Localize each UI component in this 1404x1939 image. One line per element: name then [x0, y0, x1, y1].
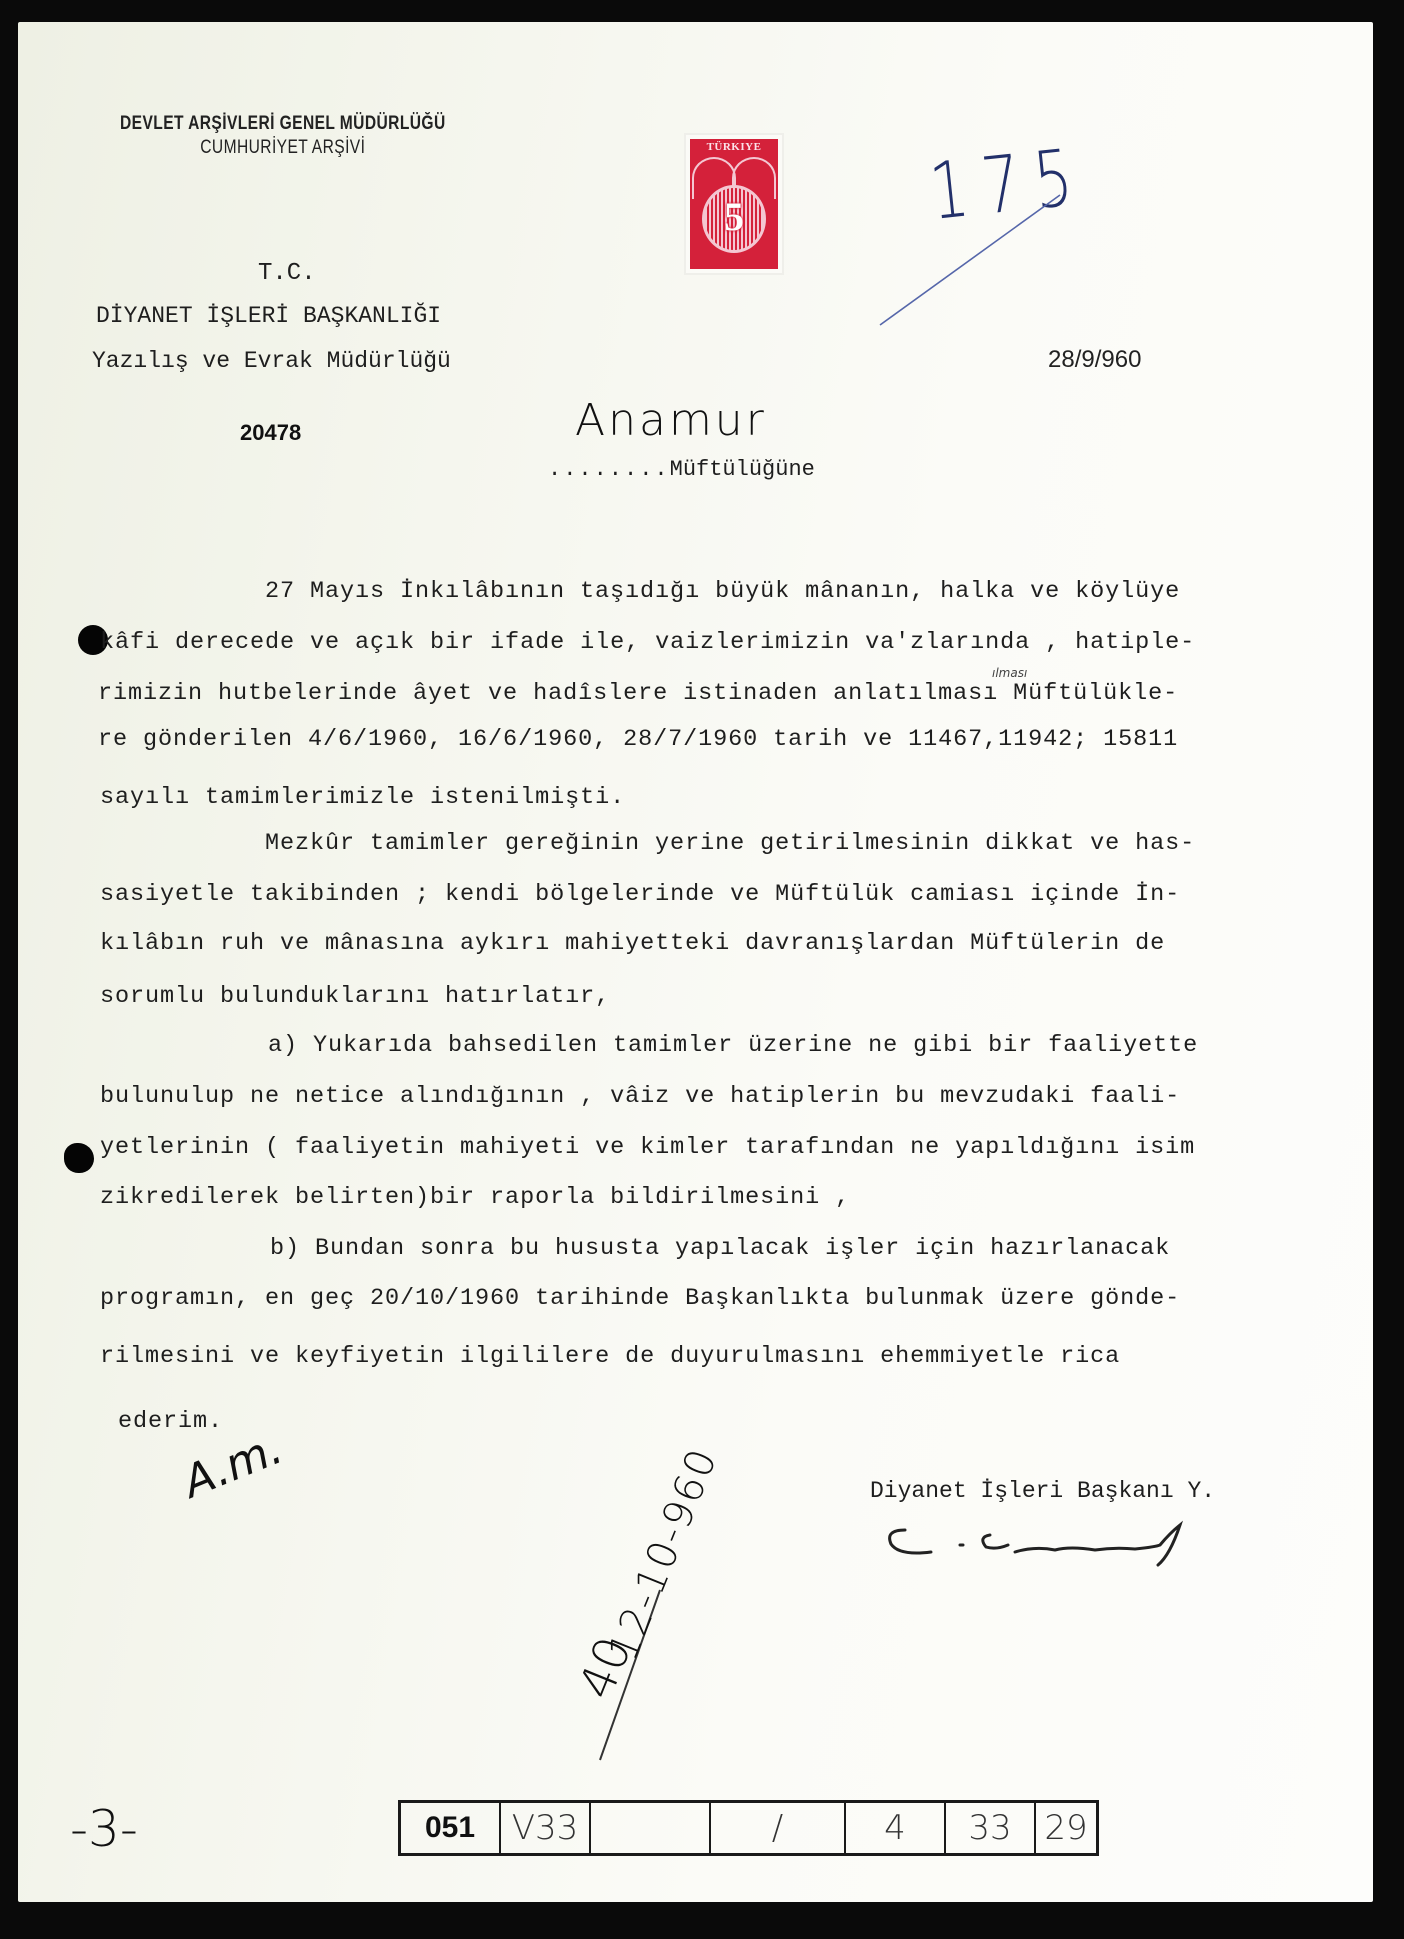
revenue-stamp: TÜRKIYE 5: [686, 135, 782, 273]
archive-header: DEVLET ARŞİVLERİ GENEL MÜDÜRLÜĞÜ CUMHURİ…: [120, 112, 446, 160]
stamp-value: 5: [690, 193, 778, 240]
ref-cell: 33: [946, 1803, 1036, 1853]
interlinear-correction: ılması: [992, 666, 1027, 680]
body-line: Mezkûr tamimler gereğinin yerine getiril…: [265, 830, 1195, 857]
body-line: ederim.: [118, 1408, 223, 1435]
body-line: 27 Mayıs İnkılâbının taşıdığı büyük mâna…: [265, 578, 1180, 605]
body-line: b) Bundan sonra bu hususta yapılacak işl…: [270, 1235, 1170, 1262]
punch-hole-bottom: [64, 1143, 94, 1173]
body-line: a) Yukarıda bahsedilen tamimler üzerine …: [268, 1032, 1198, 1059]
recipient-suffix: Müftülüğüne: [670, 457, 815, 482]
body-line: yetlerinin ( faaliyetin mahiyeti ve kiml…: [100, 1134, 1195, 1161]
page-mark-handwritten: -3-: [70, 1800, 138, 1858]
body-line: re gönderilen 4/6/1960, 16/6/1960, 28/7/…: [98, 726, 1178, 753]
body-line: rimizin hutbelerinde âyet ve hadîslere i…: [98, 680, 1178, 707]
letterhead-department: Yazılış ve Evrak Müdürlüğü: [92, 348, 451, 374]
recipient-city-handwritten: Anamur: [575, 395, 767, 446]
ref-cell: V33: [501, 1803, 591, 1853]
body-line: rilmesini ve keyfiyetin ilgililere de du…: [100, 1343, 1120, 1370]
letterhead-institution: DİYANET İŞLERİ BAŞKANLIĞI: [96, 303, 441, 329]
body-line: sorumlu bulunduklarını hatırlatır,: [100, 983, 610, 1010]
recipient-dots: ........: [548, 457, 670, 482]
archive-reference-box: 051 V33 / 4 33 29: [398, 1800, 1099, 1856]
archive-header-line2: CUMHURİYET ARŞİVİ: [120, 136, 446, 160]
archive-header-line1: DEVLET ARŞİVLERİ GENEL MÜDÜRLÜĞÜ: [120, 112, 446, 136]
body-line: kâfi derecede ve açık bir ifade ile, vai…: [100, 629, 1195, 656]
body-line: sayılı tamimlerimizle istenilmişti.: [100, 784, 625, 811]
letterhead-country: T.C.: [258, 260, 316, 287]
signature-title: Diyanet İşleri Başkanı Y.: [870, 1478, 1215, 1504]
stamp-country: TÜRKIYE: [690, 141, 778, 153]
ref-cell: 29: [1036, 1803, 1096, 1853]
recipient-line: ........Müftülüğüne: [548, 457, 815, 482]
ref-cell: 4: [846, 1803, 946, 1853]
body-line: kılâbın ruh ve mânasına aykırı mahiyette…: [100, 930, 1165, 957]
ref-cell-code: 051: [401, 1803, 501, 1853]
document-number: 20478: [240, 420, 301, 446]
folio-number-handwritten: 175: [926, 132, 1091, 239]
body-line: bulunulup ne netice alındığının , vâiz v…: [100, 1083, 1180, 1110]
body-line: programın, en geç 20/10/1960 tarihinde B…: [100, 1285, 1180, 1312]
ref-cell: [591, 1803, 711, 1853]
document-date: 28/9/960: [1048, 346, 1141, 374]
body-line: zikredilerek belirten)bir raporla bildir…: [100, 1184, 850, 1211]
ref-cell: /: [711, 1803, 846, 1853]
body-line: sasiyetle takibinden ; kendi bölgelerind…: [100, 881, 1180, 908]
